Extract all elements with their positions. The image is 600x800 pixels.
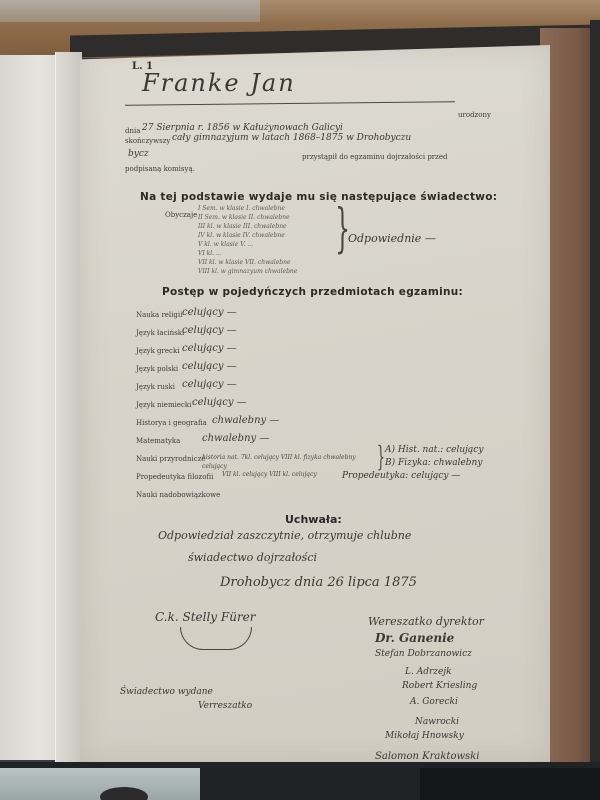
display-case-bottom bbox=[0, 762, 600, 800]
place-date: Drohobycz dnia 26 lipca 1875 bbox=[220, 575, 417, 590]
subject-grade: VII kl. celujący VIII kl. celujący bbox=[222, 471, 317, 478]
left-signature: C.k. Stelly Fürer bbox=[155, 610, 256, 624]
conduct-line: I Sem. w klasie I. chwalebne bbox=[198, 205, 323, 213]
subject-label: Nauki przyrodnicze bbox=[136, 455, 206, 463]
name-underline bbox=[125, 101, 455, 105]
photo-silhouette bbox=[100, 787, 148, 800]
signature: Salomon Kraktowski bbox=[375, 751, 479, 762]
subject-label: Język łaciński bbox=[136, 329, 184, 337]
conduct-line: VII kl. w klasie VII. chwalebne bbox=[198, 259, 323, 267]
signature: Nawrocki bbox=[415, 717, 459, 727]
signature: Dr. Ganenie bbox=[375, 631, 454, 645]
curly-brace: } bbox=[335, 203, 350, 255]
conduct-line: II Sem. w klasie II. chwalebne bbox=[198, 214, 323, 222]
curly-brace: } bbox=[377, 443, 385, 471]
subject-label: Nauka religii bbox=[136, 311, 182, 319]
page-fold bbox=[55, 52, 82, 762]
subject-grade: celujący — bbox=[182, 361, 237, 372]
subject-grade: celujący — bbox=[182, 307, 237, 318]
subject-grade: celujący — bbox=[192, 397, 247, 408]
subject-grade: historia nat. 7kl. celujący VIII kl. fiz… bbox=[202, 453, 372, 471]
school-line: cały gimnazyjum w latach 1868–1875 w Dro… bbox=[172, 133, 411, 143]
subject-grade: celujący — bbox=[182, 343, 237, 354]
issued-signature: Verreszatko bbox=[198, 701, 252, 711]
school-line-cont: bycz bbox=[128, 149, 149, 159]
conduct-line: III kl. w klasie III. chwalebne bbox=[198, 223, 323, 231]
completed-label: skończywszy bbox=[125, 137, 170, 145]
birth-line: 27 Sierpnia r. 1856 w Kałużynowach Galic… bbox=[142, 123, 343, 133]
commission-text: podpisaną komisyą. bbox=[125, 165, 195, 173]
issued-note: Świadectwo wydane bbox=[120, 687, 213, 697]
subject-label: Nauki nadobowiązkowe bbox=[136, 491, 220, 499]
born-label: urodzony bbox=[458, 111, 491, 119]
glass-reflection bbox=[0, 0, 260, 22]
conduct-line: VI kl. ... bbox=[198, 250, 323, 258]
subject-grade: chwalebny — bbox=[212, 415, 279, 426]
signature: Stefan Dobrzanowicz bbox=[375, 649, 472, 659]
shadow bbox=[420, 768, 600, 800]
subject-grade: celujący — bbox=[182, 379, 237, 390]
subject-label: Język niemiecki bbox=[136, 401, 191, 409]
signature: L. Adrzejk bbox=[405, 667, 452, 677]
subject-label: Język ruski bbox=[136, 383, 175, 391]
subject-label: Matematyka bbox=[136, 437, 180, 445]
signature: Mikołaj Hnowsky bbox=[385, 731, 464, 741]
student-name: Franke Jan bbox=[142, 69, 296, 97]
certificate-page: L. 1 Franke Jan urodzony dnia 27 Sierpni… bbox=[80, 45, 550, 763]
signature: Wereszatko dyrektor bbox=[368, 615, 484, 628]
subject-grade: celujący — bbox=[182, 325, 237, 336]
natural-sciences-a: A) Hist. nat.: celujący bbox=[385, 445, 483, 455]
signature: Robert Kriesling bbox=[402, 681, 477, 691]
propedeutics-summary: Propedeutyka: celujący — bbox=[342, 471, 460, 481]
day-label: dnia bbox=[125, 127, 140, 135]
conduct-label: Obyczaje bbox=[165, 211, 197, 219]
subjects-heading: Postęp w pojedyńczych przedmiotach egzam… bbox=[162, 286, 463, 298]
subject-label: Historya i geografia bbox=[136, 419, 207, 427]
natural-sciences-b: B) Fizyka: chwalebny bbox=[385, 458, 482, 468]
conduct-line: VIII kl. w gimnazyum chwalebne bbox=[198, 268, 323, 276]
subject-label: Język polski bbox=[136, 365, 178, 373]
resolution-line-1: Odpowiedział zaszczytnie, otrzymuje chlu… bbox=[158, 529, 411, 542]
subject-label: Propedeutyka filozofii bbox=[136, 473, 213, 481]
conduct-grade: Odpowiednie — bbox=[348, 232, 436, 245]
conduct-line: IV kl. w klasie IV. chwalebne bbox=[198, 232, 323, 240]
signature: A. Gorecki bbox=[410, 697, 458, 707]
frame-right-edge bbox=[590, 20, 600, 780]
subject-grade: chwalebny — bbox=[202, 433, 269, 444]
resolution-line-2: świadectwo dojrzałości bbox=[188, 551, 317, 564]
certificate-heading: Na tej podstawie wydaje mu się następują… bbox=[140, 191, 497, 203]
resolution-heading: Uchwała: bbox=[285, 513, 342, 526]
conduct-notes: I Sem. w klasie I. chwalebne II Sem. w k… bbox=[198, 205, 323, 277]
subject-label: Język grecki bbox=[136, 347, 179, 355]
signature-flourish bbox=[180, 627, 252, 650]
conduct-line: V kl. w klasie V. ... bbox=[198, 241, 323, 249]
admitted-text: przystąpił do egzaminu dojrzałości przed bbox=[302, 153, 447, 161]
